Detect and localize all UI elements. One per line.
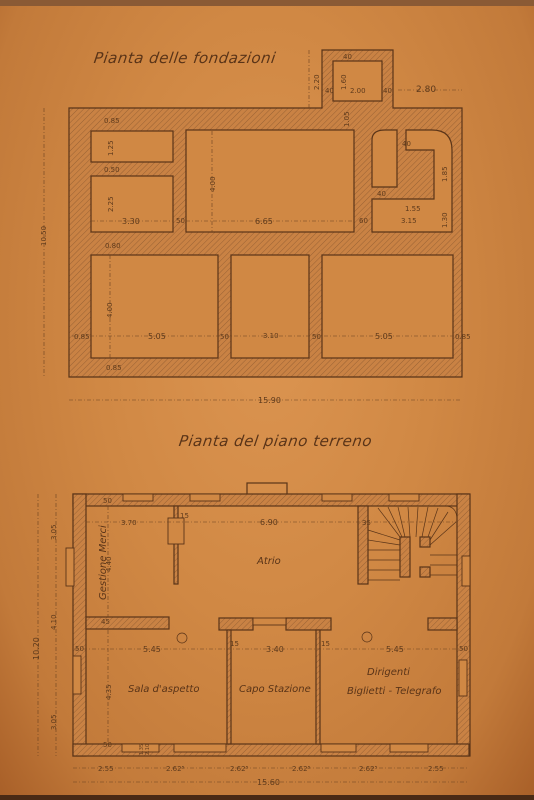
dim-bottom-center-width: 3.10 — [263, 332, 279, 340]
gf-dim-partition-3: 15 — [321, 640, 330, 648]
dim-annex-link: 1.05 — [343, 111, 351, 127]
dim-stair-wall-2: 40 — [377, 190, 386, 198]
gf-dim-merci-height: 4.40 — [105, 556, 113, 572]
gf-dim-atrio-wall: 35 — [362, 519, 371, 527]
gf-dim-dirigenti-width: 5.45 — [386, 645, 404, 654]
dim-annex-wall-right: 40 — [383, 87, 392, 95]
dim-gap-1: 50 — [176, 217, 185, 225]
room-dirigenti-line2: Biglietti - Telegrafo — [347, 686, 441, 697]
gf-dim-capo-width: 3.40 — [266, 645, 284, 654]
dim-annex-wall-left: 40 — [325, 87, 334, 95]
drawing-sheet: Pianta delle fondazioni 2.20 40 40 2.00 … — [0, 0, 534, 800]
gf-dim-door-2: 2.10 — [145, 744, 151, 755]
dim-bottom-wall: 0.85 — [106, 364, 122, 372]
gf-dim-bay-4: 2.62⁵ — [292, 765, 310, 773]
dim-left-wall: 0.85 — [74, 333, 90, 341]
dim-gap-4: 50 — [312, 333, 321, 341]
dim-annex-inner-width: 2.00 — [350, 87, 366, 95]
dim-top-wall: 0.85 — [104, 117, 120, 125]
dim-annex-height: 2.20 — [313, 74, 321, 90]
dim-gap-3: 50 — [220, 333, 229, 341]
ground-floor-plan-title: Pianta del piano terreno — [178, 432, 374, 450]
gf-dim-partition-1: 15 — [180, 512, 189, 520]
gf-dim-total-height: 10.20 — [32, 637, 41, 660]
dim-stair-wall-1: 40 — [402, 140, 411, 148]
room-atrio: Atrio — [257, 556, 281, 567]
dim-annex-wall-top: 40 — [343, 53, 352, 61]
dim-annex-offset: 2.80 — [416, 85, 436, 95]
gf-dim-bottom-wall: 50 — [103, 741, 112, 749]
gf-dim-sala-height: 4.35 — [105, 684, 113, 700]
gf-dim-bay-1: 2.55 — [98, 765, 114, 773]
dim-stair-inner-width: 1.55 — [405, 205, 421, 213]
gf-dim-atrio-width: 6.90 — [260, 518, 278, 527]
dim-stair-small: 1.30 — [441, 212, 449, 228]
dim-gap-2: 60 — [359, 217, 368, 225]
room-capo-stazione: Capo Stazione — [239, 684, 311, 695]
gf-dim-left-wall: 50 — [75, 645, 84, 653]
dim-center-room-width: 6.65 — [255, 217, 273, 226]
dim-bottom-left-width: 5.05 — [148, 332, 166, 341]
foundation-plan — [69, 50, 462, 377]
gf-dim-bay-2: 2.62⁵ — [166, 765, 184, 773]
gf-dim-left-upper: 3.05 — [50, 524, 58, 540]
gf-dim-right-wall: 50 — [459, 645, 468, 653]
gf-dim-sala-width: 5.45 — [143, 645, 161, 654]
gf-dim-mid-wall: 45 — [101, 618, 110, 626]
dim-bottom-right-width: 5.05 — [375, 332, 393, 341]
dim-center-room-height: 4.00 — [209, 176, 217, 192]
gf-dim-total-width: 15.60 — [257, 778, 280, 787]
gf-dim-bay-5: 2.62⁵ — [359, 765, 377, 773]
dim-stair-height: 1.85 — [441, 166, 449, 182]
foundation-plan-title: Pianta delle fondazioni — [93, 49, 277, 67]
gf-dim-bay-3: 2.62⁵ — [230, 765, 248, 773]
dim-annex-inner-height: 1.60 — [340, 74, 348, 90]
dim-bottom-room-height: 4.00 — [106, 302, 114, 318]
dim-stair-width: 3.15 — [401, 217, 417, 225]
gf-dim-left-middle: 4.10 — [50, 614, 58, 630]
room-sala-aspetto: Sala d'aspetto — [128, 684, 199, 695]
dim-small-room-1-height: 1.25 — [107, 140, 115, 156]
dim-total-width: 15.90 — [258, 396, 281, 405]
dim-small-room-width: 3.30 — [122, 217, 140, 226]
dim-middle-wall: 0.80 — [105, 242, 121, 250]
gf-dim-left-lower: 3.05 — [50, 714, 58, 730]
dim-between-small-rooms: 0.50 — [104, 166, 120, 174]
dim-right-wall: 0.85 — [455, 333, 471, 341]
gf-dim-partition-2: 15 — [230, 640, 239, 648]
room-dirigenti-line1: Dirigenti — [367, 667, 410, 678]
gf-dim-bay-6: 2.55 — [428, 765, 444, 773]
dim-total-height: 10.50 — [40, 226, 48, 246]
dim-small-room-2-height: 2.25 — [107, 196, 115, 212]
gf-dim-merci-width: 3.70 — [121, 519, 137, 527]
gf-dim-top-wall: 50 — [103, 497, 112, 505]
sheet-bottom-edge — [0, 795, 534, 800]
